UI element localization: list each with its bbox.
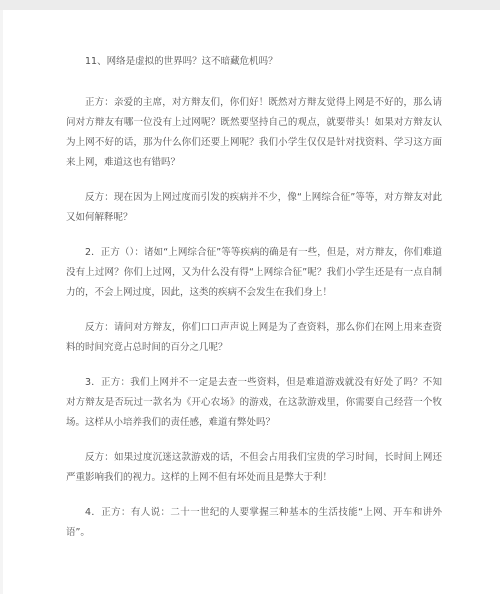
debate-paragraph: 反方：现在因为上网过度而引发的疾病并不少，像“上网综合征”等等，对方辩友对此又如…	[66, 188, 442, 228]
question-title: 11、网络是虚拟的世界吗？这不暗藏危机吗？	[66, 52, 442, 72]
article-page: { "colors": { "top_band": "#ececec", "le…	[0, 0, 500, 594]
document-page: 11、网络是虚拟的世界吗？这不暗藏危机吗？ 正方：亲爱的主席，对方辩友们，你们好…	[3, 10, 500, 594]
debate-paragraph: 4．正方：有人说：二十一世纪的人要掌握三种基本的生活技能“上网、开车和讲外语”。	[66, 503, 442, 543]
top-divider-band	[0, 0, 500, 10]
debate-paragraph: 3．正方：我们上网并不一定是去查一些资料，但是难道游戏就没有好处了吗？不知对方辩…	[66, 373, 442, 433]
debate-paragraph: 2．正方（）：诸如“上网综合征”等等疾病的确是有一些，但是，对方辩友，你们难道没…	[66, 243, 442, 303]
debate-paragraph: 正方：亲爱的主席，对方辩友们，你们好！既然对方辩友觉得上网是不好的，那么请问对方…	[66, 93, 442, 173]
debate-paragraph: 反方：请问对方辩友，你们口口声声说上网是为了查资料，那么你们在网上用来查资料的时…	[66, 318, 442, 358]
article-content: 11、网络是虚拟的世界吗？这不暗藏危机吗？ 正方：亲爱的主席，对方辩友们，你们好…	[3, 10, 500, 543]
debate-paragraph: 反方：如果过度沉迷这款游戏的话，不但会占用我们宝贵的学习时间，长时间上网还严重影…	[66, 448, 442, 488]
